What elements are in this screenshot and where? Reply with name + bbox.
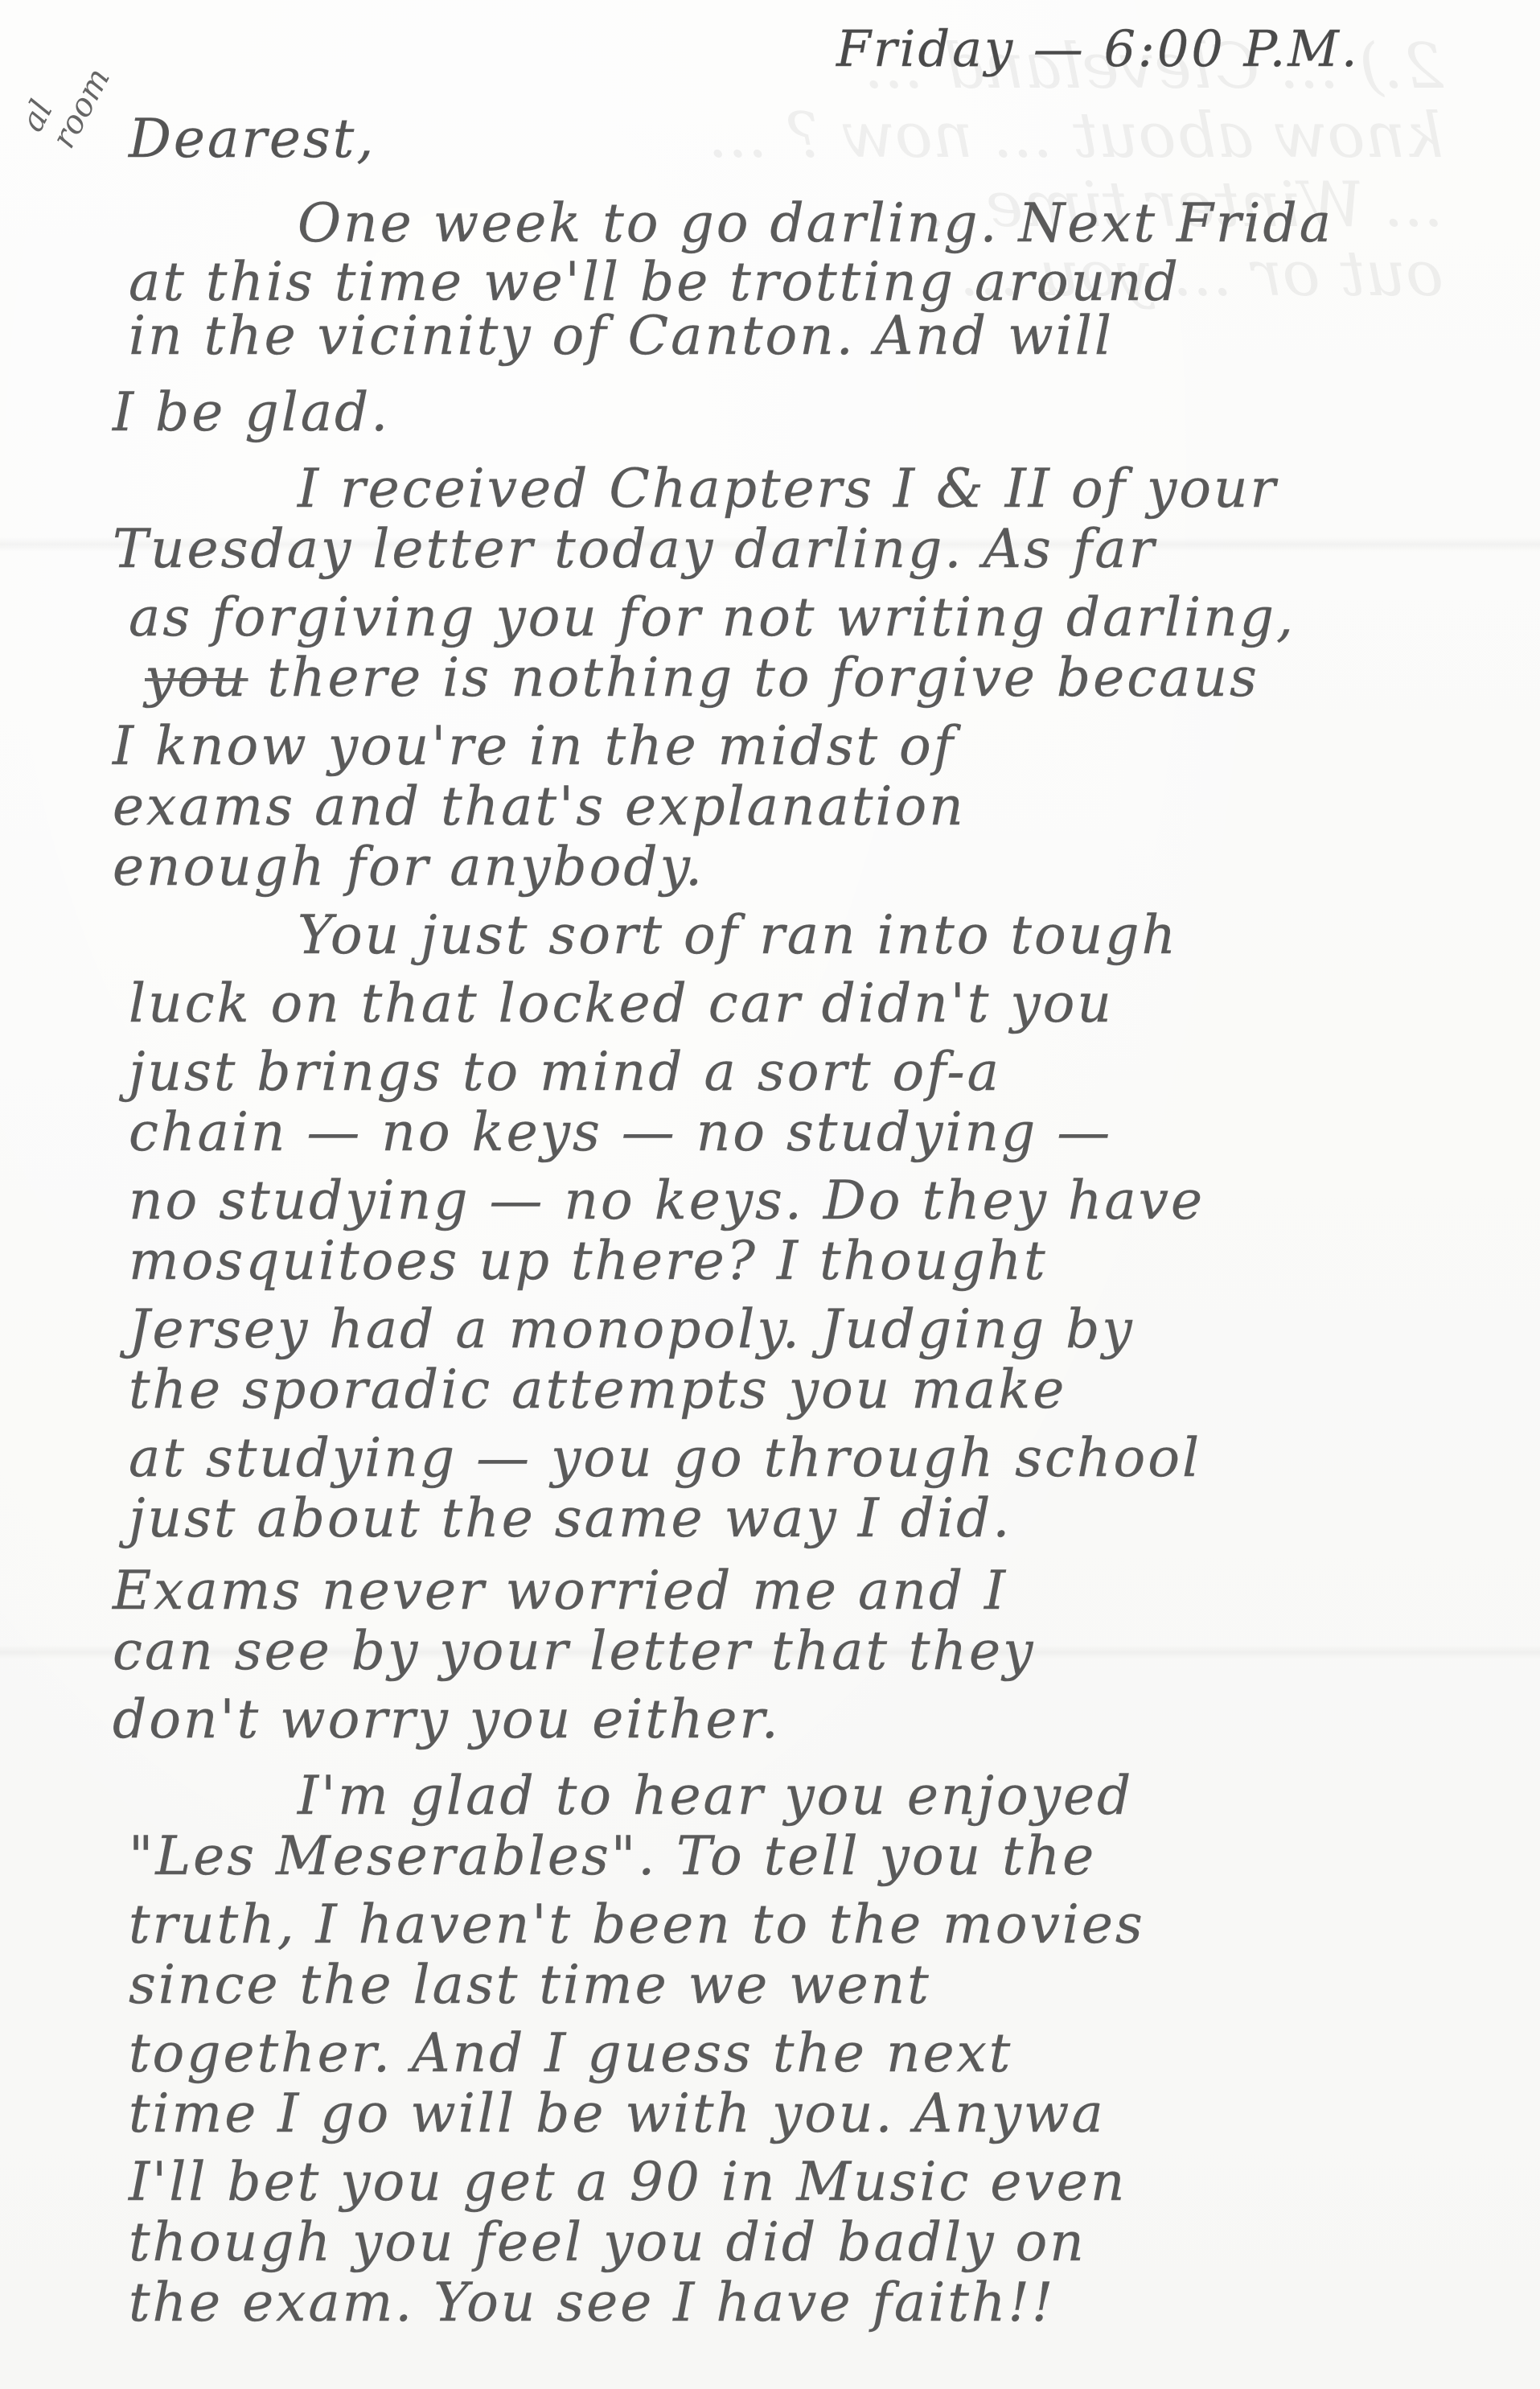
letter-line: Jersey had a monopoly. Judging by	[129, 1303, 1135, 1356]
date-line: Friday — 6:00 P.M.	[836, 24, 1360, 74]
letter-line: I'll bet you get a 90 in Music even	[129, 2156, 1127, 2209]
letter-line: enough for anybody.	[113, 841, 704, 894]
letter-line: you there is nothing to forgive becaus	[145, 652, 1259, 705]
struck-out-word: you	[145, 647, 248, 709]
letter-line: just about the same way I did.	[129, 1492, 1012, 1545]
letter-line: don't worry you either.	[113, 1693, 781, 1746]
letter-line: in the vicinity of Canton. And will	[129, 310, 1114, 363]
letter-line: exams and that's explanation	[113, 780, 966, 833]
margin-note-line: room	[45, 62, 117, 154]
letter-line: I'm glad to hear you enjoyed	[298, 1770, 1133, 1823]
letter-line: You just sort of ran into tough	[298, 909, 1178, 962]
letter-line: chain — no keys — no studying —	[129, 1106, 1112, 1159]
letter-line: truth, I haven't been to the movies	[129, 1898, 1145, 1951]
salutation: Dearest,	[129, 113, 376, 166]
letter-line: "Les Meserables". To tell you the	[129, 1830, 1096, 1883]
letter-line: luck on that locked car didn't you	[129, 977, 1114, 1030]
letter-line: I know you're in the midst of	[113, 720, 955, 773]
letter-line: time I go will be with you. Anywa	[129, 2087, 1106, 2140]
letter-line: at studying — you go through school	[129, 1432, 1201, 1485]
letter-line: just brings to mind a sort of-a	[129, 1046, 1001, 1099]
letter-line: One week to go darling. Next Frida	[298, 197, 1333, 250]
letter-line: together. And I guess the next	[129, 2027, 1012, 2080]
letter-line: the exam. You see I have faith!!	[129, 2276, 1055, 2329]
letter-line: as forgiving you for not writing darling…	[129, 591, 1296, 644]
letter-line: can see by your letter that they	[113, 1625, 1035, 1678]
letter-line: Tuesday letter today darling. As far	[113, 523, 1156, 576]
letter-line: I received Chapters I & II of your	[298, 463, 1278, 516]
letter-page: 2.) ... Cleveland ... know about ... now…	[0, 0, 1540, 2389]
letter-line: I be glad.	[113, 386, 390, 439]
letter-line: the sporadic attempts you make	[129, 1363, 1066, 1417]
letter-line: at this time we'll be trotting around	[129, 256, 1181, 309]
letter-line: no studying — no keys. Do they have	[129, 1174, 1205, 1227]
letter-line: since the last time we went	[129, 1959, 931, 2012]
margin-note: al room	[14, 46, 117, 154]
letter-line: though you feel you did badly on	[129, 2216, 1086, 2269]
letter-line: Exams never worried me and I	[113, 1565, 1008, 1618]
letter-line: mosquitoes up there? I thought	[129, 1235, 1048, 1288]
